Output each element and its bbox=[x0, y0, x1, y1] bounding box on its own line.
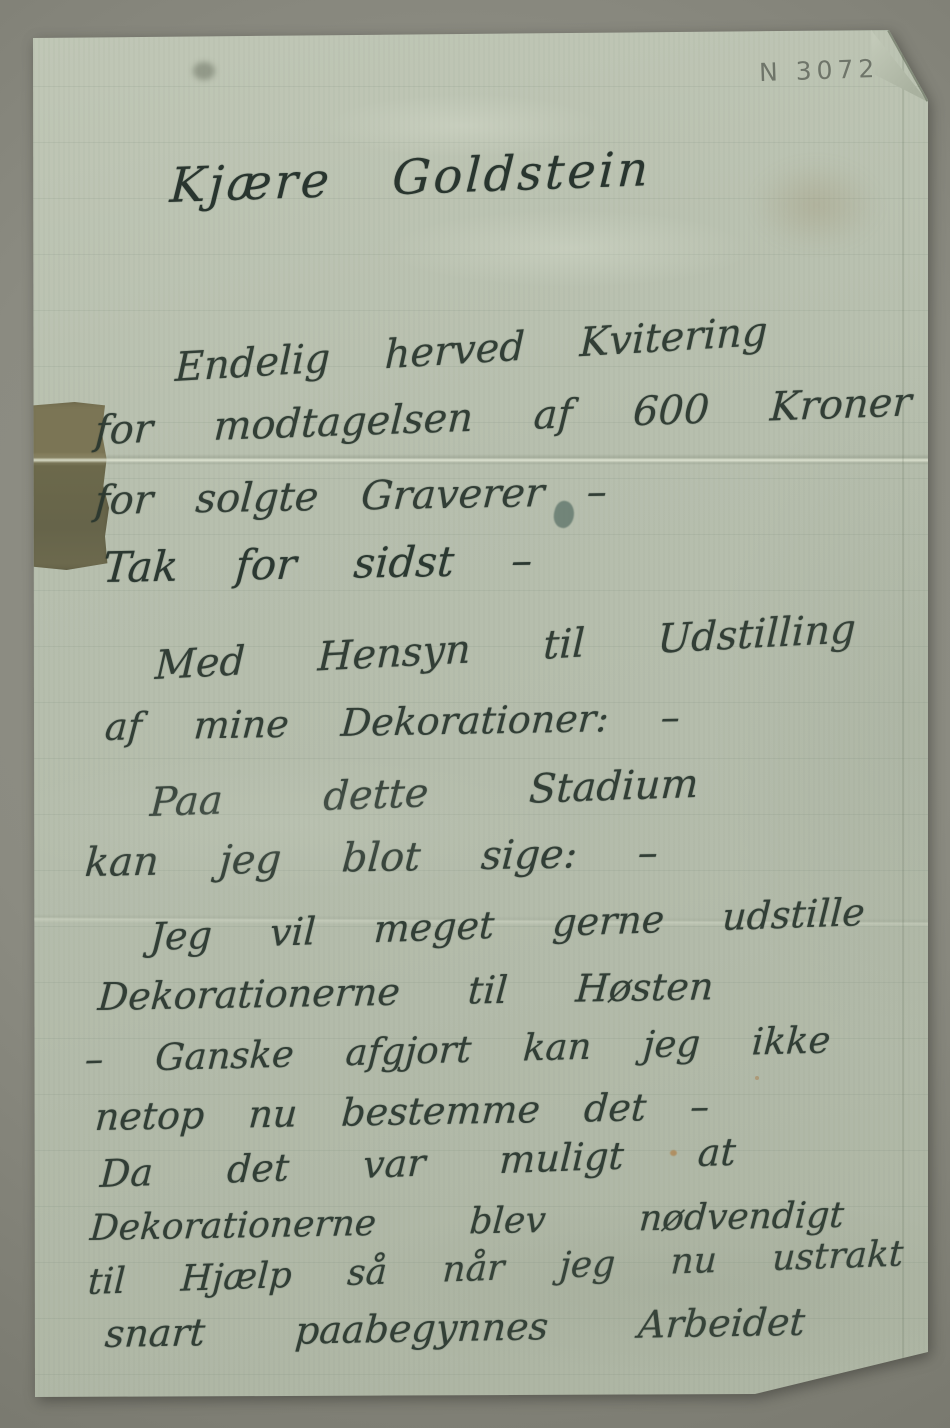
fold-crease-upper bbox=[33, 454, 928, 465]
folded-corner bbox=[871, 30, 928, 102]
handwriting-line: kan jeg blot sige: – bbox=[83, 830, 659, 886]
paper-stain bbox=[751, 160, 881, 250]
right-edge-crease bbox=[902, 30, 904, 1397]
letter-page-wrap: N 3072 Kjære Goldstein Endelig herved Kv… bbox=[0, 0, 950, 1428]
archive-number: N 3072 bbox=[759, 54, 880, 87]
letter-page: N 3072 Kjære Goldstein Endelig herved Kv… bbox=[33, 30, 928, 1397]
handwriting-line: Med Hensyn til Udstilling bbox=[154, 606, 856, 689]
greeting-line: Kjære Goldstein bbox=[169, 141, 653, 214]
handwriting-line: af mine Dekorationer: – bbox=[103, 695, 681, 749]
handwriting-line: Da det var muligt at bbox=[99, 1130, 737, 1196]
handwriting-line: Dekorationerne til Høsten bbox=[96, 964, 715, 1019]
handwriting-line: – Ganske afgjort kan jeg ikke bbox=[84, 1018, 832, 1081]
handwriting-line: for solgte Graverer – bbox=[93, 469, 608, 524]
handwriting-line: netop nu bestemme det – bbox=[93, 1084, 710, 1139]
rust-spot bbox=[755, 1076, 759, 1080]
handwriting-line: Tak for sidst – bbox=[101, 535, 534, 592]
scan-background: N 3072 Kjære Goldstein Endelig herved Kv… bbox=[0, 0, 950, 1428]
handwriting-line: snart paabegynnes Arbeidet bbox=[103, 1300, 806, 1356]
handwriting-line: for modtagelsen af 600 Kroner bbox=[94, 379, 913, 454]
handwriting-line: Paa dette Stadium bbox=[149, 761, 700, 826]
handwriting-line: Jeg vil meget gerne udstille bbox=[149, 890, 866, 959]
paper-stain bbox=[193, 62, 215, 80]
handwriting-line: Endelig herved Kvitering bbox=[174, 309, 768, 391]
